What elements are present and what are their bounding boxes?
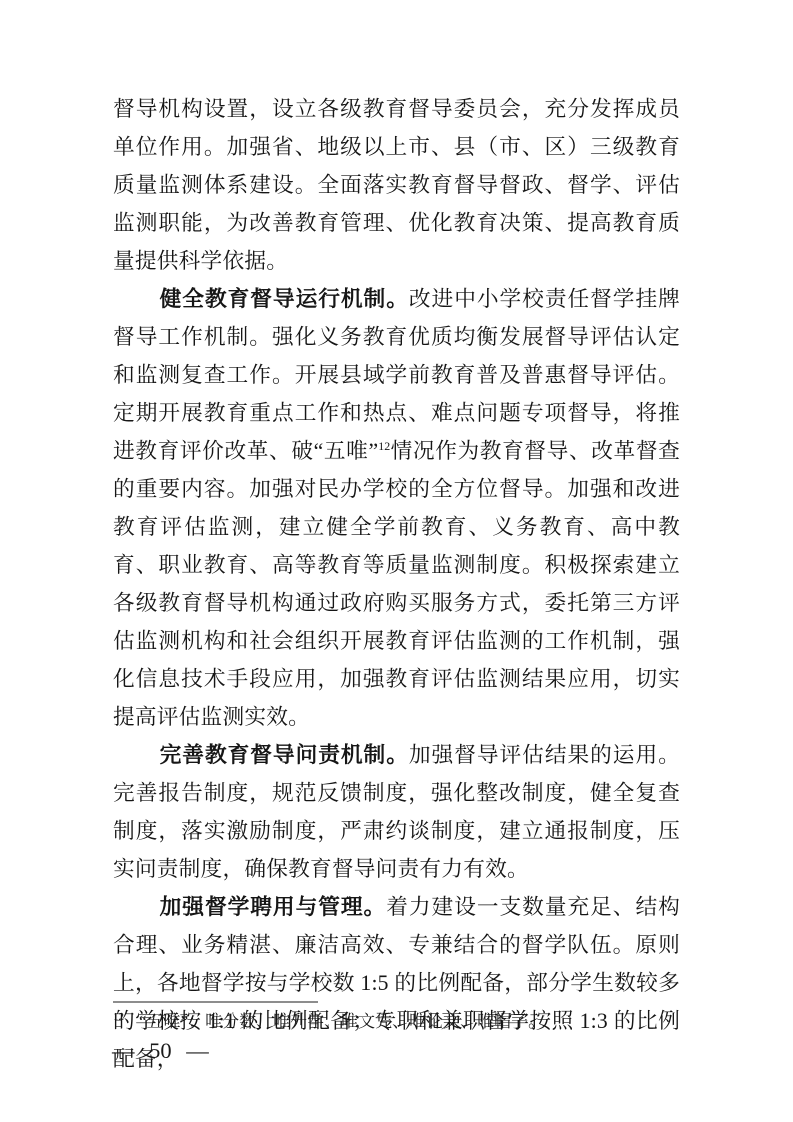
- footnote-text: “五唯”：唯分数、唯升学、唯文凭、唯论文、唯帽子。: [139, 1012, 545, 1031]
- footnote: 12“五唯”：唯分数、唯升学、唯文凭、唯论文、唯帽子。: [113, 1010, 680, 1033]
- page-number: — 50 —: [112, 1036, 209, 1066]
- footnote-marker: 12: [113, 1011, 124, 1023]
- paragraph-continuation: 督导机构设置，设立各级教育督导委员会，充分发挥成员单位作用。加强省、地级以上市、…: [113, 90, 680, 280]
- paragraph-lead-bold: 健全教育督导运行机制。: [160, 286, 409, 311]
- paragraph-text: 情况作为教育督导、改革督查的重要内容。加强对民办学校的全方位督导。加强和改进教育…: [113, 439, 680, 729]
- footnote-reference-12: 12: [378, 439, 390, 453]
- paragraph-text: 改进中小学校责任督学挂牌督导工作机制。强化义务教育优质均衡发展督导评估认定和监测…: [113, 287, 680, 463]
- footnote-area: 12“五唯”：唯分数、唯升学、唯文凭、唯论文、唯帽子。: [113, 1001, 680, 1033]
- paragraph-accountability-mechanism: 完善教育督导问责机制。加强督导评估结果的运用。完善报告制度，规范反馈制度，强化整…: [113, 736, 680, 888]
- paragraph-lead-bold: 完善教育督导问责机制。: [160, 742, 409, 767]
- document-page: 督导机构设置，设立各级教育督导委员会，充分发挥成员单位作用。加强省、地级以上市、…: [0, 0, 793, 1122]
- paragraph-lead-bold: 加强督学聘用与管理。: [160, 894, 387, 919]
- paragraph-supervision-mechanism: 健全教育督导运行机制。改进中小学校责任督学挂牌督导工作机制。强化义务教育优质均衡…: [113, 280, 680, 736]
- footnote-separator-rule: [113, 1001, 318, 1003]
- paragraph-text: 督导机构设置，设立各级教育督导委员会，充分发挥成员单位作用。加强省、地级以上市、…: [113, 97, 680, 273]
- document-body: 督导机构设置，设立各级教育督导委员会，充分发挥成员单位作用。加强省、地级以上市、…: [113, 90, 680, 1078]
